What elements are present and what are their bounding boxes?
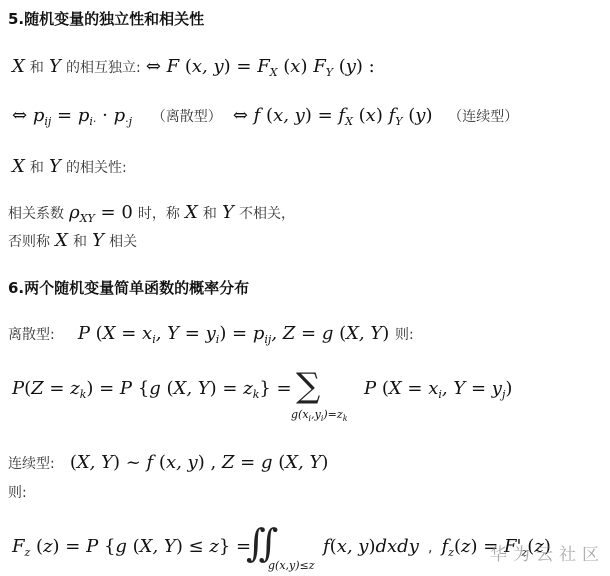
- continuous-type-label: 连续型:: [8, 456, 55, 472]
- integrand: f(x, y)dxdy: [323, 536, 419, 557]
- summation-icon: ∑: [296, 369, 320, 403]
- continuous-definition-formula: (X, Y) ~ f (x, y) , Z = g (X, Y): [70, 452, 329, 473]
- correlation-label: 的相关性:: [66, 160, 127, 176]
- then-label: 则:: [8, 482, 27, 502]
- section-6-heading: 6.两个随机变量简单函数的概率分布: [8, 277, 249, 298]
- discrete-line: 离散型: P (X = xi, Y = yi) = pij, Z = g (X,…: [8, 323, 414, 346]
- var-y: Y: [49, 56, 61, 77]
- separator: ,: [428, 540, 432, 556]
- independence-formula: ⇔ F (x, y) = FX (x) FY (y) :: [146, 56, 375, 77]
- uncorrelated-text: 不相关，: [239, 206, 295, 222]
- rho-formula: ρXY = 0: [69, 202, 133, 223]
- discrete-sum-formula: P(Z = zk) = P {g (X, Y) = zk} =: [12, 378, 292, 401]
- discrete-type-label: 离散型:: [8, 327, 55, 343]
- correlation-text-2: 否则称 X 和 Y 相关: [8, 230, 137, 251]
- and-text: 和: [30, 60, 44, 76]
- when-text: 时，称: [138, 206, 180, 222]
- discrete-label: （离散型）: [152, 109, 222, 125]
- sum-limit: g(xi,yi)=zk: [291, 408, 348, 423]
- correlation-line: X 和 Y 的相关性:: [12, 156, 127, 177]
- var-y: Y: [49, 156, 61, 177]
- var-x: X: [12, 56, 25, 77]
- watermark: 华为云社区: [490, 540, 605, 565]
- discrete-condition-formula: ⇔ pij = pi· · p·j: [12, 105, 138, 126]
- discrete-definition-formula: P (X = xi, Y = yi) = pij, Z = g (X, Y): [78, 323, 395, 344]
- continuous-lhs: Fz (z) = P {g (X, Y) ≤ z} =: [12, 536, 251, 557]
- continuous-condition-formula: ⇔ f (x, y) = fX (x) fY (y): [233, 105, 438, 126]
- continuous-label: （连续型）: [448, 109, 518, 125]
- independence-condition-line: ⇔ pij = pi· · p·j （离散型） ⇔ f (x, y) = fX …: [12, 105, 518, 128]
- otherwise-text: 否则称: [8, 234, 50, 250]
- and-text: 和: [30, 160, 44, 176]
- then-text: 则:: [395, 327, 414, 343]
- and-text: 和: [203, 206, 217, 222]
- and-text: 和: [73, 234, 87, 250]
- correlated-text: 相关: [109, 234, 137, 250]
- discrete-rhs: P (X = xi, Y = yj): [364, 378, 512, 401]
- var-x: X: [185, 202, 198, 223]
- var-x: X: [12, 156, 25, 177]
- coefficient-label: 相关系数: [8, 206, 64, 222]
- correlation-text-1: 相关系数 ρXY = 0 时，称 X 和 Y 不相关，: [8, 202, 295, 225]
- continuous-integral-formula: Fz (z) = P {g (X, Y) ≤ z} =: [12, 536, 251, 559]
- section-5-heading: 5.随机变量的独立性和相关性: [8, 8, 204, 29]
- var-x: X: [55, 230, 68, 251]
- independence-line: X 和 Y 的相互独立: ⇔ F (x, y) = FX (x) FY (y) …: [12, 56, 375, 79]
- var-y: Y: [92, 230, 104, 251]
- continuous-line: 连续型: (X, Y) ~ f (x, y) , Z = g (X, Y): [8, 452, 328, 473]
- var-y: Y: [222, 202, 234, 223]
- double-integral-icon: ∬: [246, 524, 278, 562]
- discrete-lhs: P(Z = zk) = P {g (X, Y) = zk} =: [12, 378, 292, 399]
- integral-limit: g(x,y)≤z: [268, 559, 315, 572]
- independence-label: 的相互独立:: [66, 60, 141, 76]
